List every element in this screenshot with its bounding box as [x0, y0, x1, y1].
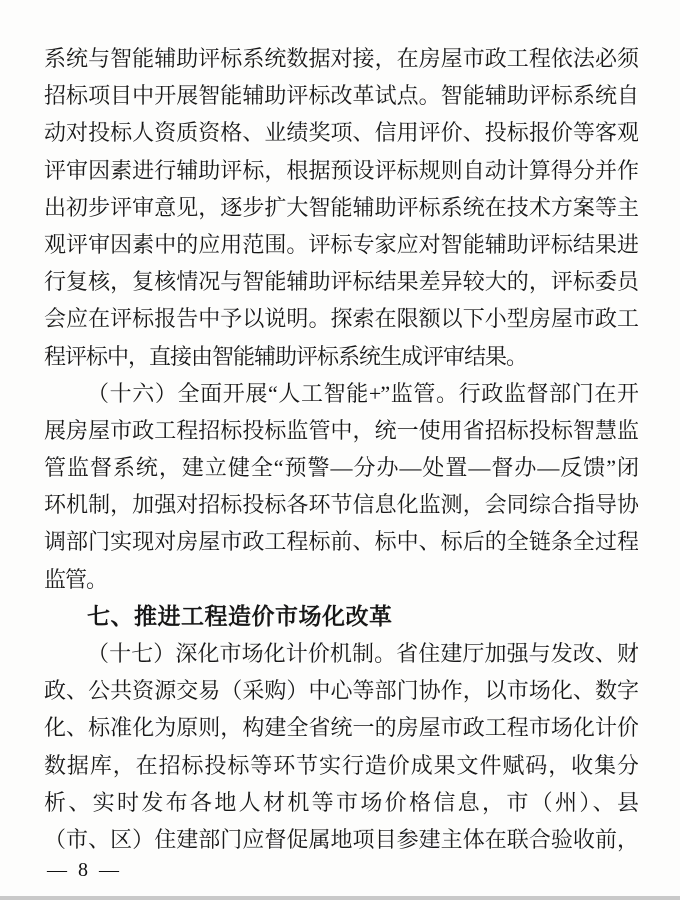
text-line: 行复核，复核情况与智能辅助评标结果差异较大的，评标委员	[44, 263, 638, 300]
text-line: 政、公共资源交易（采购）中心等部门协作，以市场化、数字	[44, 672, 638, 709]
text-line: 观评审因素中的应用范围。评标专家应对智能辅助评标结果进	[44, 226, 638, 263]
text-line: 调部门实现对房屋市政工程标前、标中、标后的全链条全过程	[44, 523, 638, 560]
text-line: 招标项目中开展智能辅助评标改革试点。智能辅助评标系统自	[44, 77, 638, 114]
text-line: 环机制，加强对招标投标各环节信息化监测，会同综合指导协	[44, 486, 638, 523]
text-line: 化、标准化为原则，构建全省统一的房屋市政工程市场化计价	[44, 709, 638, 746]
text-line: 展房屋市政工程招标投标监管中，统一使用省招标投标智慧监	[44, 412, 638, 449]
text-line: （市、区）住建部门应督促属地项目参建主体在联合验收前，	[44, 821, 638, 858]
text-line: 析、实时发布各地人材机等市场价格信息，市（州）、县	[44, 784, 638, 821]
text-line: 系统与智能辅助评标系统数据对接，在房屋市政工程依法必须	[44, 40, 638, 77]
page-number: — 8 —	[47, 859, 122, 882]
scan-edge-artifact	[0, 896, 680, 900]
paragraph-start-line: （十七）深化市场化计价机制。省住建厅加强与发改、财	[44, 635, 638, 672]
text-line: 监管。	[44, 561, 638, 598]
text-line: 动对投标人资质资格、业绩奖项、信用评价、投标报价等客观	[44, 114, 638, 151]
document-body: 系统与智能辅助评标系统数据对接，在房屋市政工程依法必须 招标项目中开展智能辅助评…	[44, 40, 638, 858]
scanned-document-page: 系统与智能辅助评标系统数据对接，在房屋市政工程依法必须 招标项目中开展智能辅助评…	[0, 0, 680, 900]
text-line: 出初步评审意见，逐步扩大智能辅助评标系统在技术方案等主	[44, 189, 638, 226]
text-line: 会应在评标报告中予以说明。探索在限额以下小型房屋市政工	[44, 300, 638, 337]
text-line: 管监督系统，建立健全“预警—分办—处置—督办—反馈”闭	[44, 449, 638, 486]
text-line: 程评标中，直接由智能辅助评标系统生成评审结果。	[44, 338, 638, 375]
text-line: 评审因素进行辅助评标，根据预设评标规则自动计算得分并作	[44, 152, 638, 189]
text-line: 数据库，在招标投标等环节实行造价成果文件赋码，收集分	[44, 747, 638, 784]
paragraph-start-line: （十六）全面开展“人工智能+”监管。行政监督部门在开	[44, 375, 638, 412]
section-heading: 七、推进工程造价市场化改革	[44, 598, 638, 635]
